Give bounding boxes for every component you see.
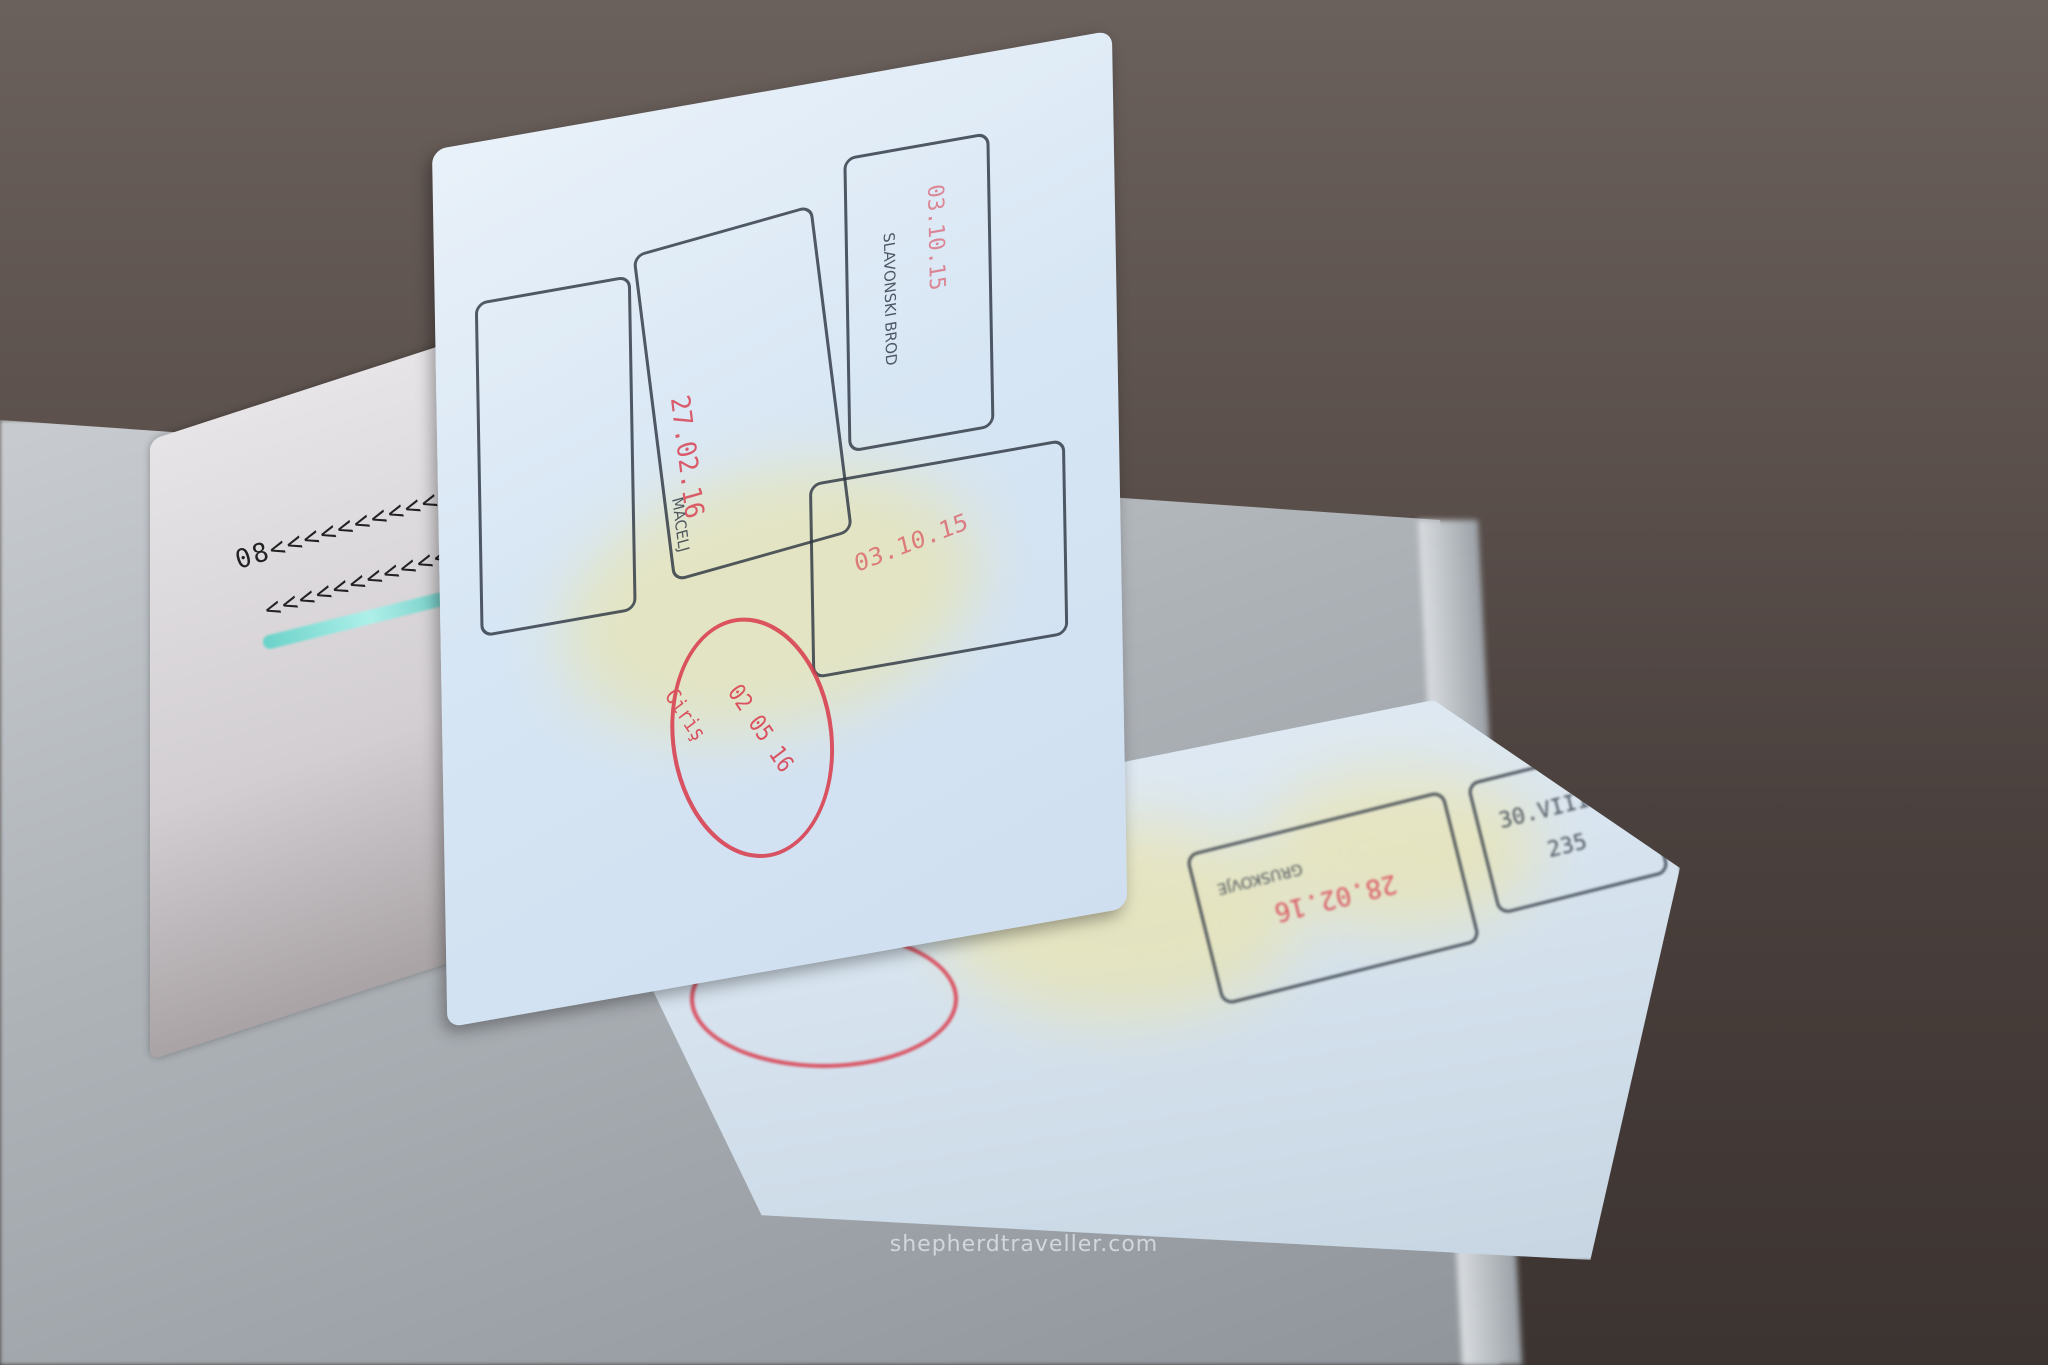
stamp-left (475, 275, 637, 637)
passport-upper-page: 27.02.16 MACELJ 03.10.15 SLAVONSKI BROD … (432, 30, 1127, 1027)
photo-scene: 08<<<<<<<<<<6963 <<<<<<<<<<<<<< 28.02.16… (0, 0, 2048, 1365)
stamp-30-viii-18: 30.VIII.18 235 (1466, 741, 1670, 916)
stamp-hr-slavonski-brod: 03.10.15 SLAVONSKI BROD (843, 132, 994, 453)
stamp-gruskovje: 28.02.16 GRUSKOVJE (1185, 790, 1481, 1006)
watermark: shepherdtraveller.com (0, 1232, 2048, 1257)
